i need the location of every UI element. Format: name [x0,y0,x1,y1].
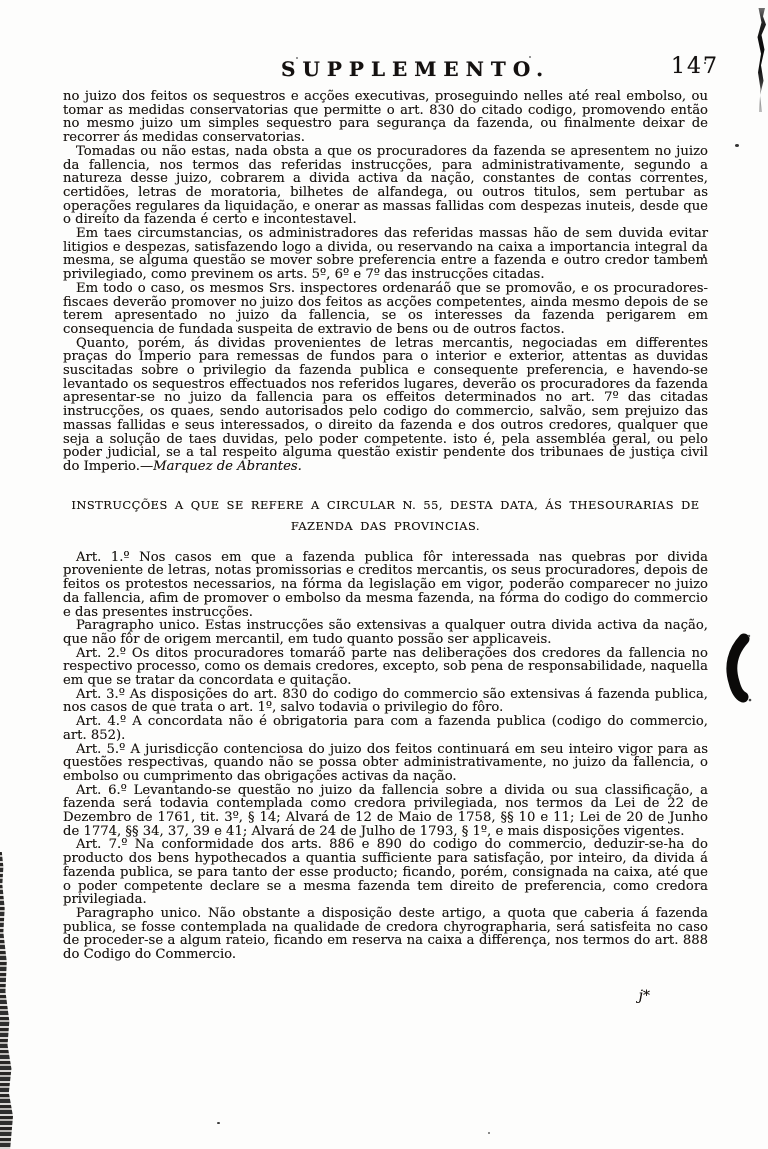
paragraph: Quanto, porém, ás dividas provenientes d… [63,337,708,474]
circular-text-section: no juizo dos feitos os sequestros e acçõ… [63,90,708,474]
ink-streak-icon [756,8,766,112]
section-heading-line2: FAZENDA DAS PROVINCIAS. [63,516,708,537]
signature-name: Marquez de Abrantes. [153,459,302,474]
paragraph: Art. 5.º A jurisdicção contenciosa do ju… [63,743,708,784]
signature-mark: j* [63,990,708,1004]
ink-speck [735,144,739,147]
paragraph: Paragrapho unico. Não obstante a disposi… [63,907,708,962]
paragraph: Paragrapho unico. Estas instrucções são … [63,619,708,646]
scanned-book-page: { "page": { "header": { "title": "SUPPLE… [0,0,768,1149]
page-number: 147 [671,54,719,79]
ink-blot-icon [722,633,756,705]
ink-speck [529,56,531,58]
paragraph: Art. 3.º As disposições do art. 830 do c… [63,688,708,715]
paragraph: Art. 4.º A concordata não é obrigatoria … [63,715,708,742]
section-heading-line1: INSTRUCÇÕES A QUE SE REFERE A CIRCULAR N… [63,495,708,516]
paragraph: Em todo o caso, os mesmos Srs. inspector… [63,282,708,337]
paragraph: Art. 7.º Na conformidade dos arts. 886 e… [63,838,708,907]
ink-speck [217,1122,220,1124]
binding-shadow-band-icon [0,852,13,1149]
ink-speck [704,62,706,64]
paragraph: Art. 2.º Os ditos procuradores tomaráõ p… [63,647,708,688]
page-title: SUPPLEMENTO. [281,57,550,81]
paragraph: Tomadas ou não estas, nada obsta a que o… [63,145,708,227]
paragraph: Art. 1.º Nos casos em que a fazenda publ… [63,551,708,620]
paragraph: no juizo dos feitos os sequestros e acçõ… [63,90,708,145]
ink-speck [703,254,705,257]
ink-speck [488,1132,490,1134]
section-heading: INSTRUCÇÕES A QUE SE REFERE A CIRCULAR N… [63,495,708,537]
running-header: SUPPLEMENTO. 147 [63,54,708,82]
page-body: no juizo dos feitos os sequestros e acçõ… [63,90,708,1003]
instructions-text-section: Art. 1.º Nos casos em que a fazenda publ… [63,551,708,962]
ink-speck [296,57,298,59]
document-page: SUPPLEMENTO. 147 no juizo dos feitos os … [0,0,768,1149]
paragraph: Art. 6.º Levantando-se questão no juizo … [63,784,708,839]
paragraph: Em taes circumstancias, os administrador… [63,227,708,282]
